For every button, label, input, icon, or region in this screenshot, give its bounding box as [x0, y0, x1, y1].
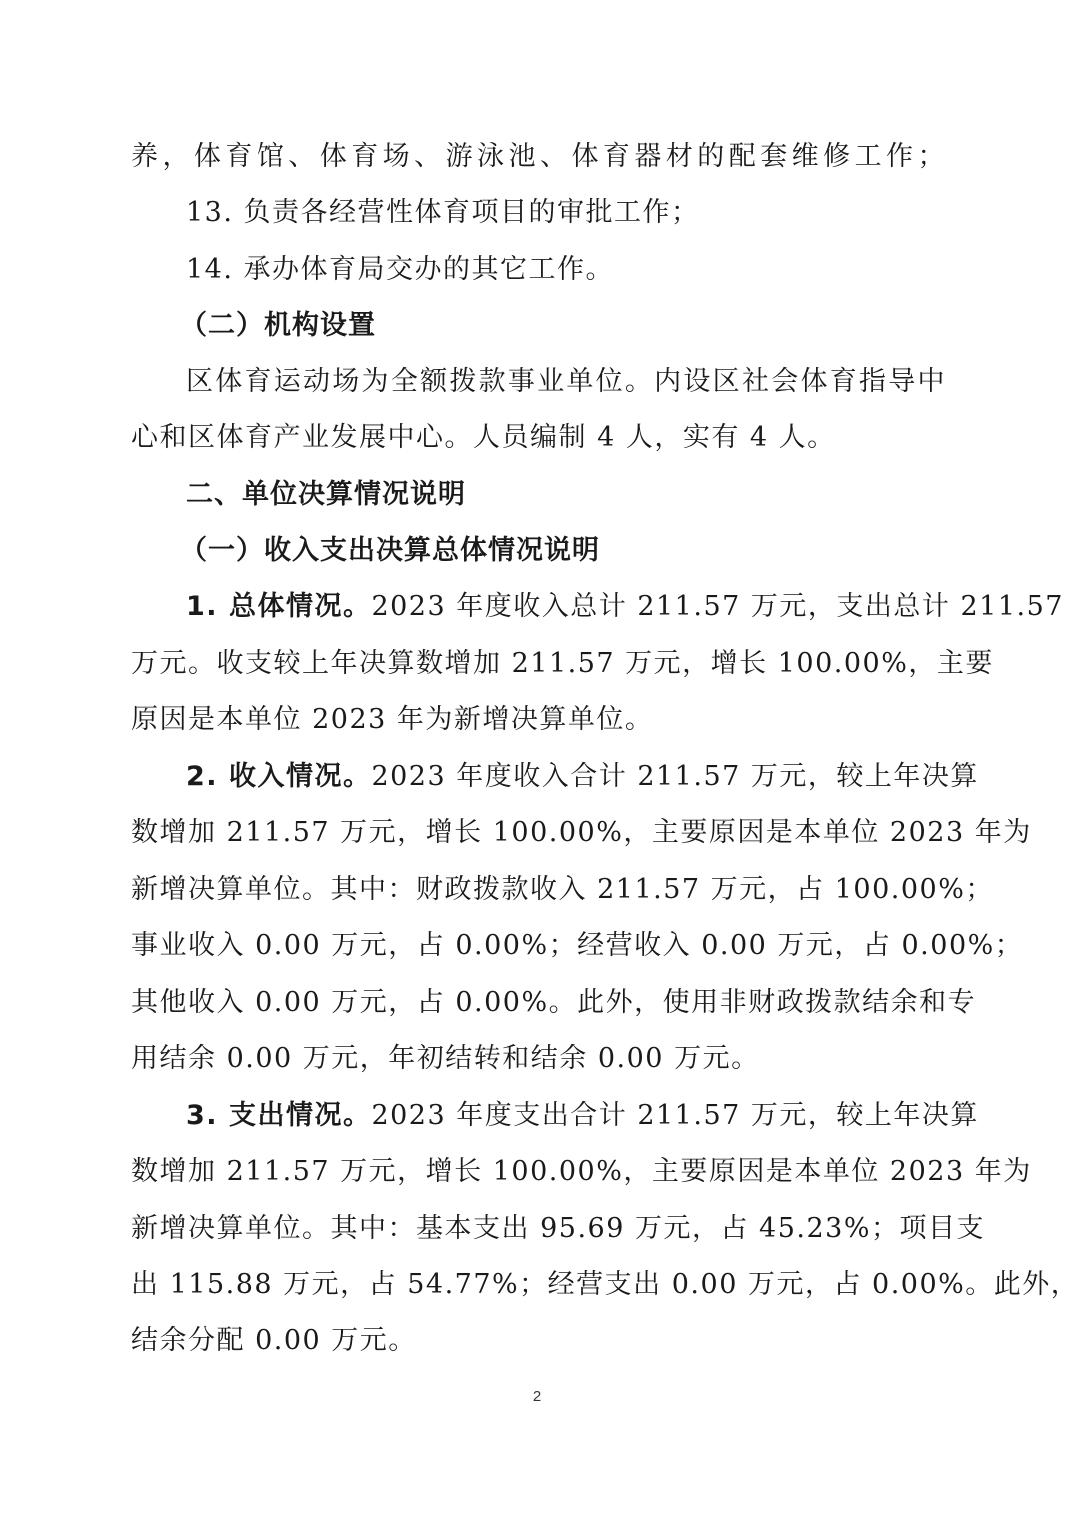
body-text-line: 区体育运动场为全额拨款事业单位。内设区社会体育指导中 — [186, 362, 946, 402]
subsection-heading-income-expense: （一）收入支出决算总体情况说明 — [180, 531, 940, 571]
body-text: 2023 年度支出合计 211.57 万元，较上年决算 — [371, 1100, 978, 1131]
paragraph-lead-income: 2. 收入情况。 — [186, 761, 371, 792]
section-heading-final-accounts: 二、单位决算情况说明 — [186, 475, 946, 515]
body-text-line: 出 115.88 万元，占 54.77%；经营支出 0.00 万元，占 0.00… — [131, 1265, 946, 1305]
body-text-line: 数增加 211.57 万元，增长 100.00%，主要原因是本单位 2023 年… — [131, 1152, 946, 1192]
paragraph-expense-line: 3. 支出情况。2023 年度支出合计 211.57 万元，较上年决算 — [186, 1096, 946, 1136]
body-text-line: 数增加 211.57 万元，增长 100.00%，主要原因是本单位 2023 年… — [131, 813, 946, 853]
body-text-line: 用结余 0.00 万元，年初结转和结余 0.00 万元。 — [131, 1039, 946, 1079]
body-text-line: 新增决算单位。其中：财政拨款收入 211.57 万元，占 100.00%； — [131, 870, 946, 910]
body-text-line: 其他收入 0.00 万元，占 0.00%。此外，使用非财政拨款结余和专 — [131, 983, 946, 1023]
body-text: 2023 年度收入总计 211.57 万元，支出总计 211.57 — [371, 591, 1064, 622]
list-item-14: 14. 承办体育局交办的其它工作。 — [186, 250, 946, 290]
list-item-13: 13. 负责各经营性体育项目的审批工作； — [186, 193, 946, 233]
body-text-line: 新增决算单位。其中：基本支出 95.69 万元，占 45.23%；项目支 — [131, 1209, 946, 1249]
body-text-line: 养，体育馆、体育场、游泳池、体育器材的配套维修工作； — [131, 137, 946, 177]
body-text-line: 原因是本单位 2023 年为新增决算单位。 — [131, 700, 946, 740]
body-text-line: 结余分配 0.00 万元。 — [131, 1321, 946, 1361]
paragraph-lead-overall: 1. 总体情况。 — [186, 591, 371, 622]
paragraph-overall-line: 1. 总体情况。2023 年度收入总计 211.57 万元，支出总计 211.5… — [186, 587, 946, 627]
body-text-line: 心和区体育产业发展中心。人员编制 4 人，实有 4 人。 — [131, 418, 946, 458]
page-number: 2 — [0, 1388, 1074, 1405]
section-heading-org-setup: （二）机构设置 — [180, 306, 940, 346]
paragraph-income-line: 2. 收入情况。2023 年度收入合计 211.57 万元，较上年决算 — [186, 757, 946, 797]
body-text: 2023 年度收入合计 211.57 万元，较上年决算 — [371, 761, 978, 792]
body-text-line: 事业收入 0.00 万元，占 0.00%；经营收入 0.00 万元，占 0.00… — [131, 926, 946, 966]
body-text-line: 万元。收支较上年决算数增加 211.57 万元，增长 100.00%，主要 — [131, 644, 946, 684]
paragraph-lead-expense: 3. 支出情况。 — [186, 1100, 371, 1131]
